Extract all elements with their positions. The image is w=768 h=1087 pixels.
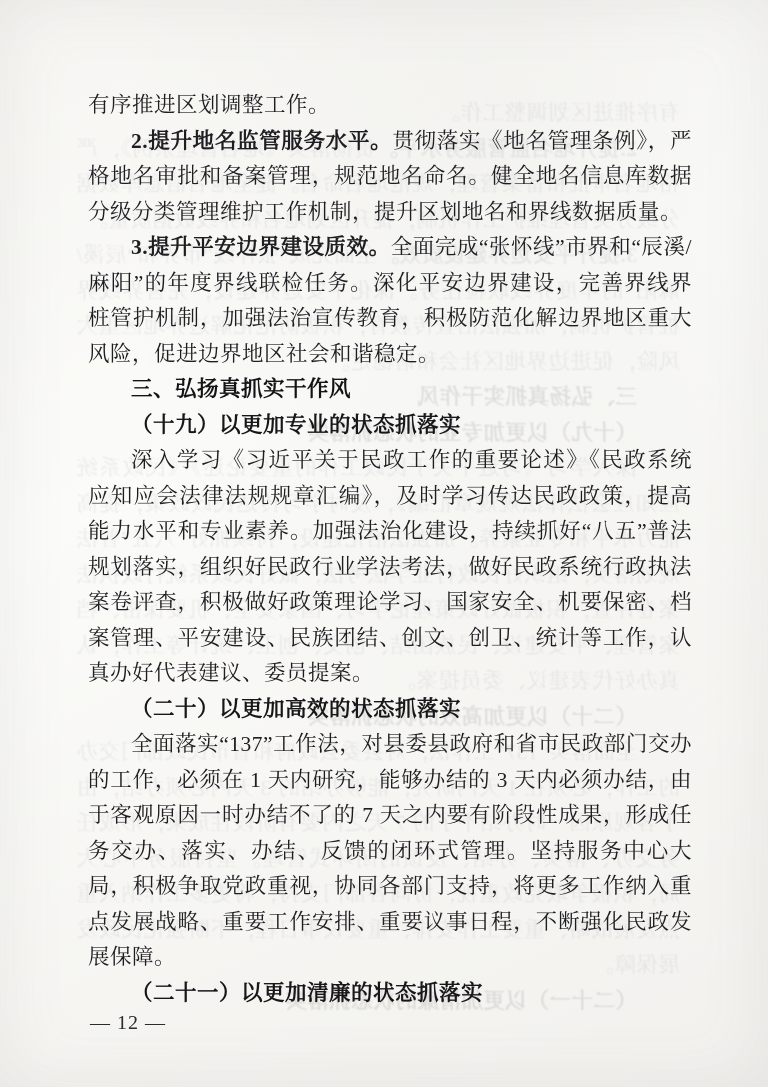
paragraph: 3.提升平安边界建设质效。全面完成“张怀线”市界和“辰溪/麻阳”的年度界线联检任… bbox=[88, 230, 692, 372]
section-heading: 三、弘扬真抓实干作风 bbox=[88, 372, 692, 408]
paragraph: 2.提升地名监管服务水平。贯彻落实《地名管理条例》，严格地名审批和备案管理，规范… bbox=[88, 124, 692, 231]
bold-text-run: （二十）以更加高效的状态抓落实 bbox=[131, 697, 461, 721]
bold-text-run: 3.提升平安边界建设质效。 bbox=[131, 235, 391, 259]
bold-text-run: （十九）以更加专业的状态抓落实 bbox=[131, 413, 461, 437]
subsection-heading: （二十一）以更加清廉的状态抓落实 bbox=[88, 976, 692, 1012]
text-run: 有序推进区划调整工作。 bbox=[88, 93, 330, 117]
paragraph: 有序推进区划调整工作。 bbox=[88, 88, 692, 124]
text-run: 深入学习《习近平关于民政工作的重要论述》《民政系统应知应会法律法规规章汇编》，及… bbox=[88, 448, 692, 685]
text-run: 全面落实“137”工作法，对县委县政府和省市民政部门交办的工作，必须在 1 天内… bbox=[88, 732, 692, 969]
bold-text-run: （二十一）以更加清廉的状态抓落实 bbox=[131, 981, 483, 1005]
page-number: — 12 — bbox=[90, 1012, 166, 1035]
bold-text-run: 2.提升地名监管服务水平。 bbox=[131, 129, 392, 153]
paragraph: 全面落实“137”工作法，对县委县政府和省市民政部门交办的工作，必须在 1 天内… bbox=[88, 727, 692, 976]
scanned-document-page: 有序推进区划调整工作。2.提升地名监管服务水平。贯彻落实《地名管理条例》，严格地… bbox=[0, 0, 768, 1087]
paragraph: 深入学习《习近平关于民政工作的重要论述》《民政系统应知应会法律法规规章汇编》，及… bbox=[88, 443, 692, 692]
bold-text-run: 三、弘扬真抓实干作风 bbox=[131, 377, 351, 401]
subsection-heading: （十九）以更加专业的状态抓落实 bbox=[88, 408, 692, 444]
subsection-heading: （二十）以更加高效的状态抓落实 bbox=[88, 692, 692, 728]
document-text: 有序推进区划调整工作。2.提升地名监管服务水平。贯彻落实《地名管理条例》，严格地… bbox=[88, 88, 692, 1011]
